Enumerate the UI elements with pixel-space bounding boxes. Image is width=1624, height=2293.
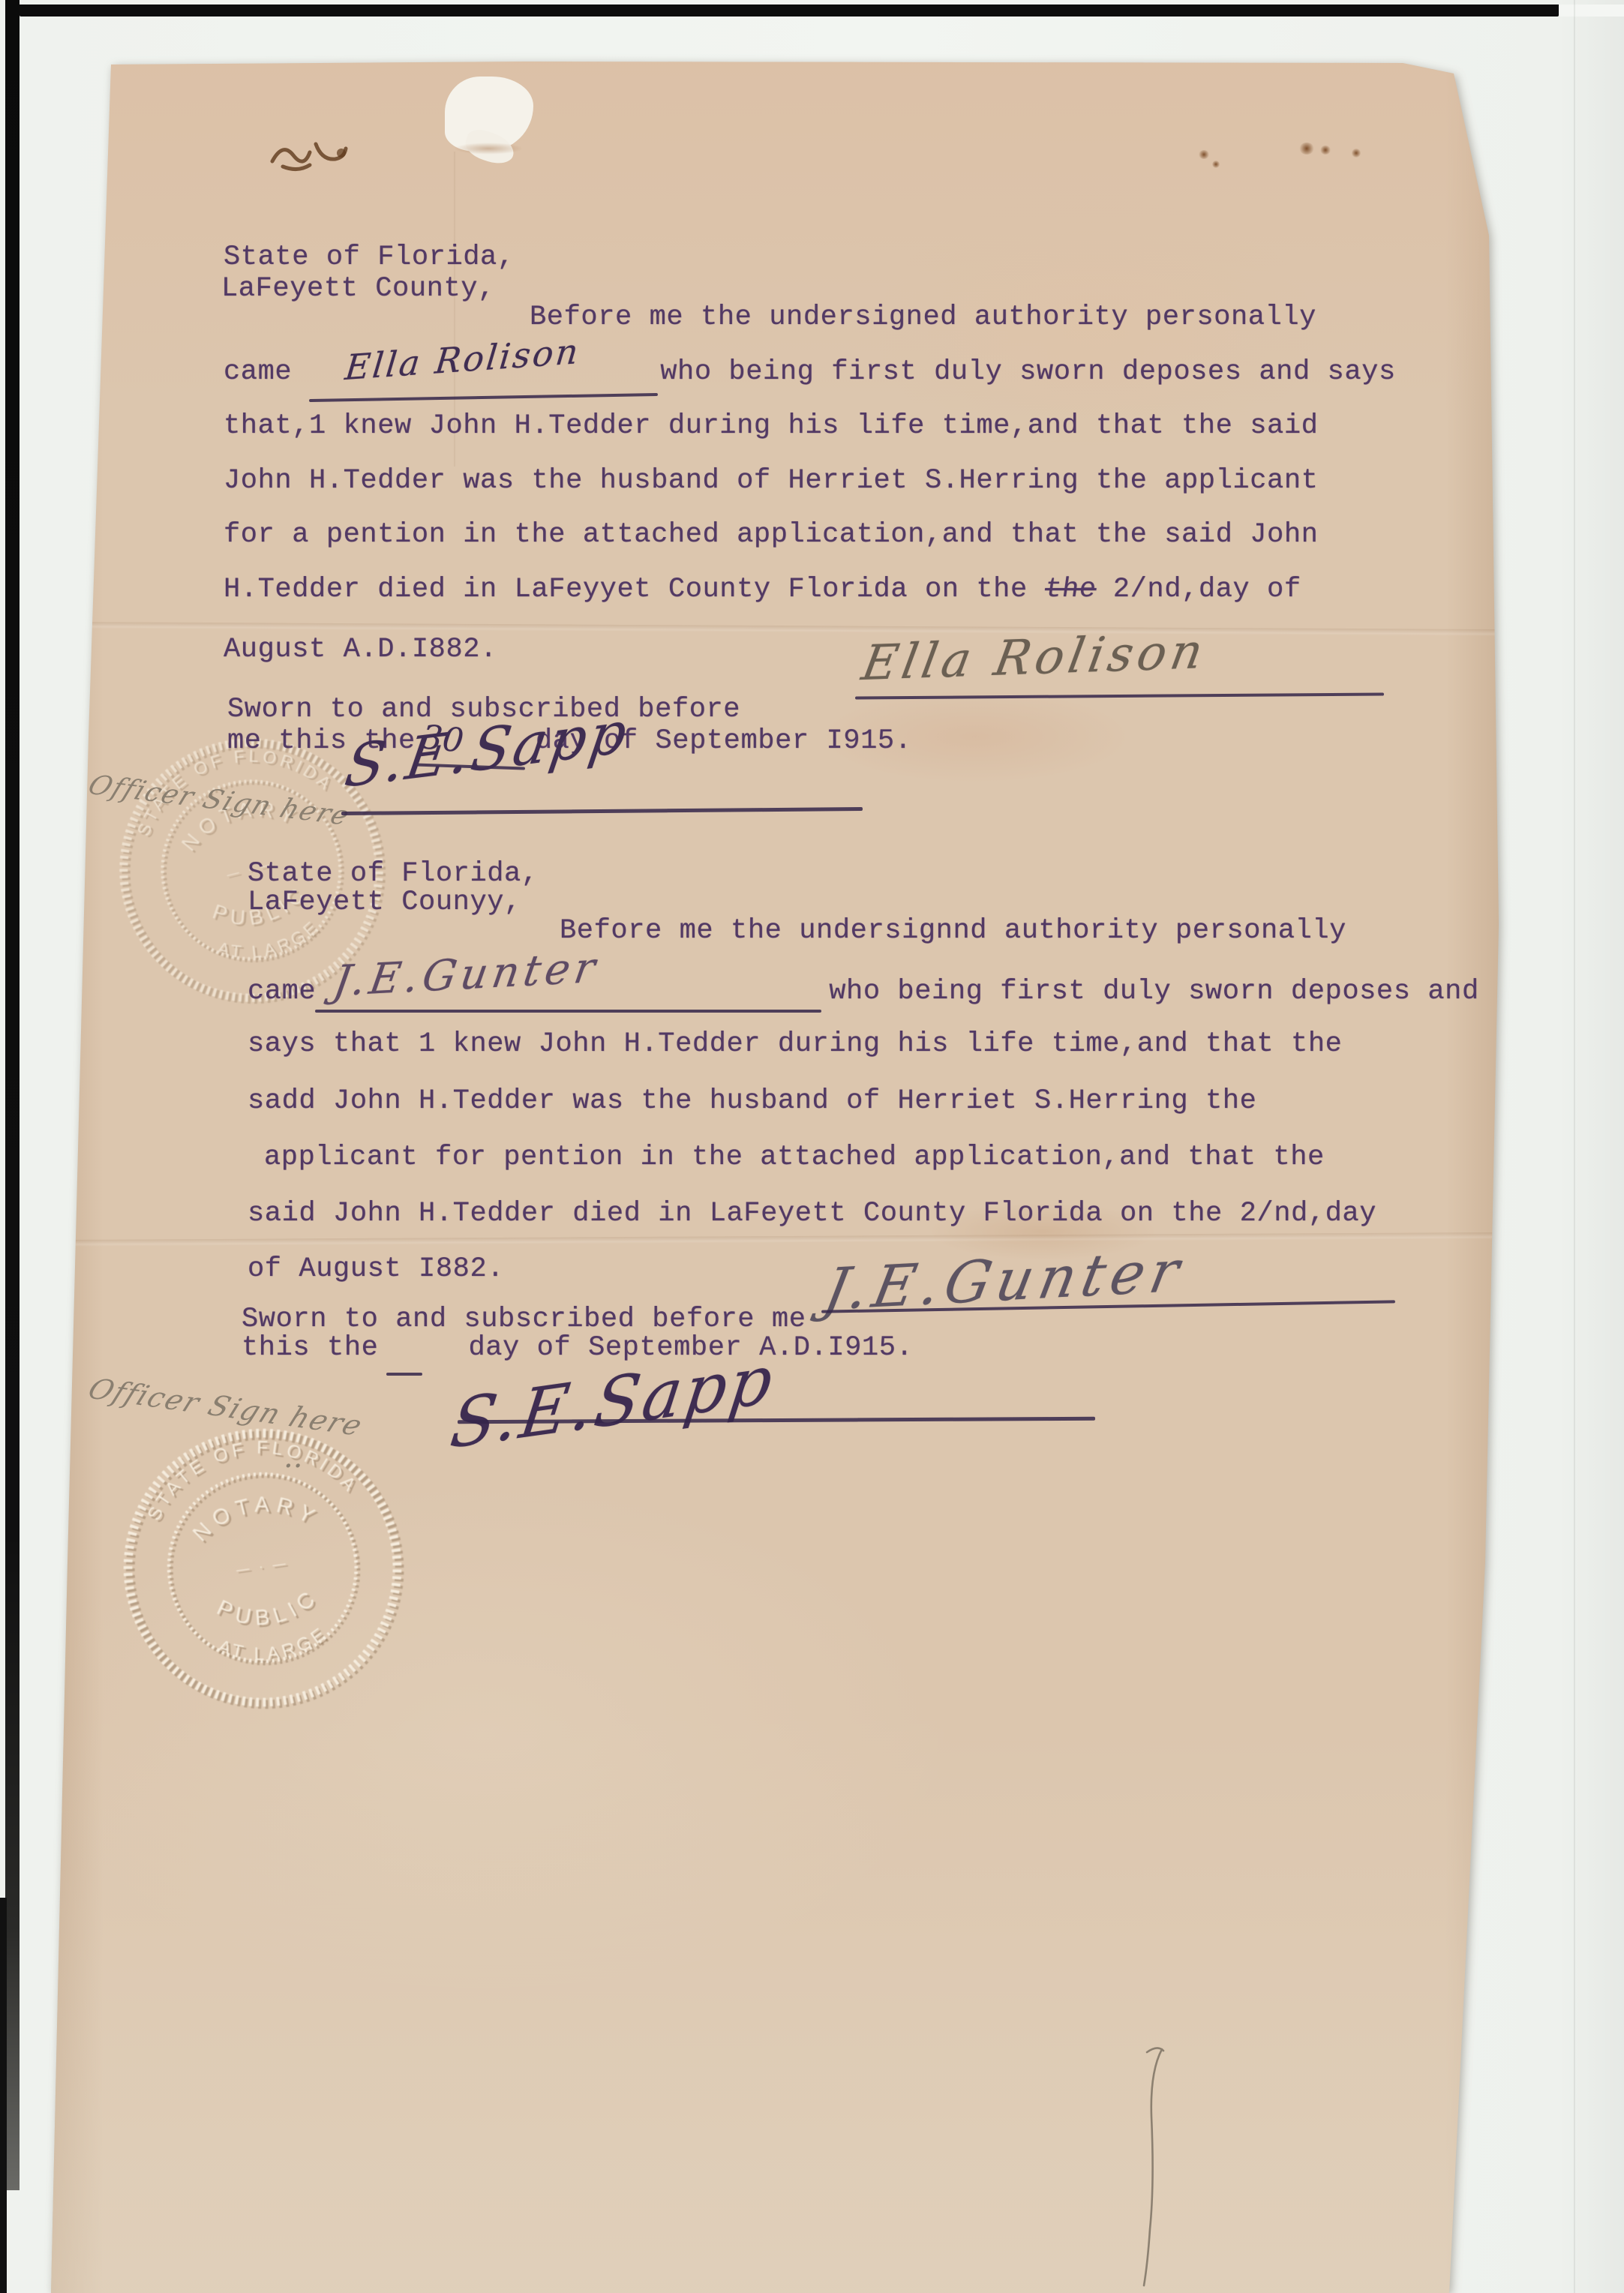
a1-state-line: State of Florida, [224,242,515,273]
a2-county-line: LaFeyett Counyy, [248,887,521,918]
seal-word-public: PUBLIC [210,1582,326,1637]
a2-day-blank-underline [386,1373,422,1376]
a1-line4-struck-word: the [1043,574,1098,605]
a2-sworn2-pre: this the [242,1332,378,1364]
a1-body-line-2: John H.Tedder was the husband of Herriet… [224,465,1318,497]
svg-text:PUBLIC: PUBLIC [210,1582,326,1637]
a2-body-line-2: sadd John H.Tedder was the husband of He… [248,1085,1256,1117]
a1-body-line-3: for a pention in the attached applicatio… [224,519,1318,551]
affidavit-paper: STATE OF FLORIDA AT LARGE NOTARY PUBLIC … [45,62,1504,2293]
paper-tear-brown-rim [454,143,523,155]
a2-came-word: came [248,976,316,1007]
seal-word-notary: NOTARY [185,1484,326,1548]
a1-body-line-1: that,1 knew John H.Tedder during his lif… [224,410,1318,442]
a1-opening-line: Before me the undersigned authority pers… [530,302,1316,333]
scanned-document: STATE OF FLORIDA AT LARGE NOTARY PUBLIC … [0,0,1624,2293]
a2-body-line-4: said John H.Tedder died in LaFeyett Coun… [248,1198,1376,1229]
a1-date-line: August A.D.I882. [224,634,497,665]
a2-state-line: State of Florida, [248,858,539,890]
a1-county-line: LaFeyett County, [221,273,495,305]
a2-came-rest: who being first duly sworn deposes and [829,976,1479,1007]
stain-dot [1320,146,1331,155]
officer-signature-line-1 [341,807,863,815]
a2-sworn-line-1: Sworn to and subscribed before me [242,1304,806,1335]
a1-came-rest: who being first duly sworn deposes and s… [660,356,1396,388]
a2-body-line-1: says that 1 knew John H.Tedder during hi… [248,1028,1342,1060]
a2-came-underline [315,1010,821,1013]
a1-came-word: came [224,356,292,388]
a2-body-line-3: applicant for pention in the attached ap… [264,1142,1325,1173]
ink-scribble-stain [266,128,364,180]
a2-opening-line: Before me the undersignnd authority pers… [560,915,1346,947]
ella-rolison-signature: Ella Rolison [858,624,1211,692]
a1-came-underline [309,393,658,402]
a1-line4-pre: H.Tedder died in LaFeyyet County Florida… [224,574,1045,605]
pencil-dots: .. [284,1440,302,1475]
svg-text:NOTARY: NOTARY [185,1484,326,1548]
stray-pencil-stroke [1136,2042,1181,2293]
a2-sworn-line-2: this theday of September A.D.I915. [242,1332,913,1364]
notary-seal-embossed-2: STATE OF FLORIDA AT LARGE NOTARY PUBLIC … [98,1403,428,1733]
a1-body-line-4: H.Tedder died in LaFeyyet County Florida… [224,574,1301,605]
stain-dot [1299,143,1314,155]
stain-dot [1199,150,1209,159]
a1-line4-post: 2/nd,day of [1096,574,1301,605]
stain-dot [1352,149,1361,158]
stain-dot [1212,161,1220,168]
fold-crease-lower [45,1232,1504,1247]
a2-date-line: of August I882. [248,1253,504,1285]
a1-signature-line [855,693,1384,700]
paper-shadow: STATE OF FLORIDA AT LARGE NOTARY PUBLIC … [0,0,1624,2293]
